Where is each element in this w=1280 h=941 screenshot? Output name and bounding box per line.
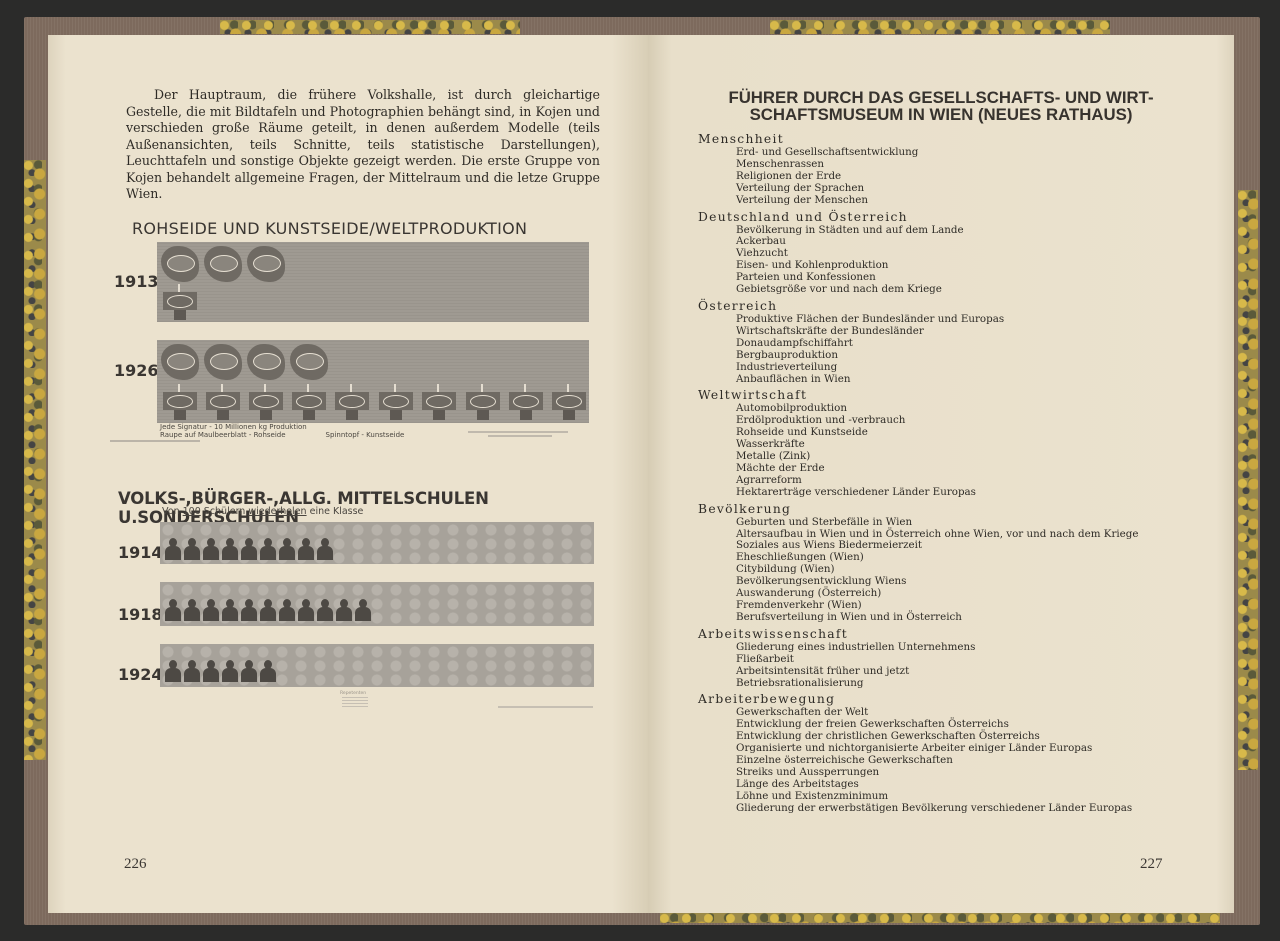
marbled-endpaper-left bbox=[24, 160, 46, 760]
pupil-icon bbox=[336, 599, 352, 621]
pupil-icon bbox=[355, 599, 371, 621]
source-line bbox=[468, 431, 568, 433]
body-paragraph: Der Hauptraum, die frühere Volkshalle, i… bbox=[126, 87, 600, 203]
silk-worm-icon bbox=[290, 344, 328, 380]
marbled-endpaper-bottom bbox=[660, 913, 1220, 923]
section-item: Religionen der Erde bbox=[698, 171, 1218, 183]
pupil-icon bbox=[203, 538, 219, 560]
spinning-pot-icon bbox=[509, 384, 543, 420]
right-page: FÜHRER DURCH DAS GESELLSCHAFTS- UND WIRT… bbox=[648, 35, 1234, 913]
pupil-icon bbox=[222, 660, 238, 682]
section-item: Berufsverteilung in Wien und in Österrei… bbox=[698, 612, 1218, 624]
silk-legend: Jede Signatur - 10 Millionen kg Produkti… bbox=[160, 424, 404, 439]
section-item: Agrarreform bbox=[698, 475, 1218, 487]
pupil-icon bbox=[298, 599, 314, 621]
section-item: Arbeitsintensität früher und jetzt bbox=[698, 666, 1218, 678]
pupil-icon bbox=[165, 660, 181, 682]
section-item: Löhne und Existenzminimum bbox=[698, 791, 1218, 803]
section-item: Donaudampfschiffahrt bbox=[698, 338, 1218, 350]
section-item: Geburten und Sterbefälle in Wien bbox=[698, 517, 1218, 529]
pupil-icon bbox=[241, 599, 257, 621]
credit-line bbox=[110, 440, 200, 442]
section-item: Bergbauproduktion bbox=[698, 350, 1218, 362]
subtitle-verb: wiederholen bbox=[248, 506, 306, 517]
pupil-icon bbox=[203, 660, 219, 682]
spinning-pot-icon bbox=[422, 384, 456, 420]
guide-section: WeltwirtschaftAutomobilproduktionErdölpr… bbox=[698, 387, 1218, 498]
spinning-pot-icon bbox=[249, 384, 283, 420]
pupil-icon bbox=[241, 660, 257, 682]
silk-worm-icon bbox=[247, 344, 285, 380]
page-number-left: 226 bbox=[124, 856, 147, 873]
subtitle-number: 100 bbox=[183, 506, 201, 517]
pupil-icon bbox=[260, 538, 276, 560]
pupil-icon bbox=[184, 660, 200, 682]
section-item: Betriebsrationalisierung bbox=[698, 678, 1218, 690]
silk-worm-icon bbox=[161, 246, 199, 282]
left-page: Der Hauptraum, die frühere Volkshalle, i… bbox=[48, 35, 648, 913]
guide-section: MenschheitErd- und Gesellschaftsentwickl… bbox=[698, 131, 1218, 207]
year-label-1926: 1926 bbox=[114, 361, 159, 380]
museum-guide-list: MenschheitErd- und Gesellschaftsentwickl… bbox=[698, 129, 1218, 815]
guide-title-line1: FÜHRER DURCH DAS GESELLSCHAFTS- UND WIRT… bbox=[710, 89, 1172, 106]
pupil-icon bbox=[298, 538, 314, 560]
silk-legend-row: Raupe auf Maulbeerblatt - RohseideSpinnt… bbox=[160, 432, 404, 440]
pupil-icon bbox=[222, 599, 238, 621]
spinning-pot-icon bbox=[552, 384, 586, 420]
subtitle-part: Schülern bbox=[201, 506, 249, 517]
section-item: Länge des Arbeitstages bbox=[698, 779, 1218, 791]
marbled-endpaper-top-right bbox=[770, 20, 1110, 34]
page-number-right: 227 bbox=[1140, 856, 1163, 873]
guide-section: Deutschland und ÖsterreichBevölkerung in… bbox=[698, 209, 1218, 296]
silk-worm-icon bbox=[204, 246, 242, 282]
pupil-icon bbox=[203, 599, 219, 621]
school-band-1918 bbox=[160, 582, 594, 626]
spinning-pot-icon bbox=[335, 384, 369, 420]
pupil-icon bbox=[184, 538, 200, 560]
section-heading: Arbeiterbewegung bbox=[698, 691, 1218, 707]
school-footnote-values bbox=[342, 697, 368, 707]
spinning-pot-icon bbox=[466, 384, 500, 420]
pupil-icon bbox=[241, 538, 257, 560]
spinning-pot-icon bbox=[163, 284, 197, 320]
section-item: Anbauflächen in Wien bbox=[698, 374, 1218, 386]
section-heading: Österreich bbox=[698, 298, 1218, 314]
section-item: Verteilung der Sprachen bbox=[698, 183, 1218, 195]
pupil-icon bbox=[165, 538, 181, 560]
guide-title: FÜHRER DURCH DAS GESELLSCHAFTS- UND WIRT… bbox=[710, 89, 1172, 123]
guide-section: ArbeiterbewegungGewerkschaften der WeltE… bbox=[698, 691, 1218, 814]
school-chart-subtitle: Von 100 Schülern wiederholen eine Klasse bbox=[162, 506, 363, 517]
school-footnote: Repetenten bbox=[340, 691, 366, 696]
silk-band-1913 bbox=[157, 242, 589, 322]
section-heading: Bevölkerung bbox=[698, 501, 1218, 517]
pupil-icon bbox=[317, 538, 333, 560]
guide-section: BevölkerungGeburten und Sterbefälle in W… bbox=[698, 501, 1218, 624]
pupil-icon bbox=[165, 599, 181, 621]
spinning-pot-icon bbox=[163, 384, 197, 420]
pupil-icon bbox=[184, 599, 200, 621]
section-item: Gliederung der erwerbstätigen Bevölkerun… bbox=[698, 803, 1218, 815]
spinning-pot-icon bbox=[292, 384, 326, 420]
spinning-pot-icon bbox=[379, 384, 413, 420]
subtitle-part: eine Klasse bbox=[307, 506, 364, 517]
year-label-1924: 1924 bbox=[118, 665, 163, 684]
section-heading: Weltwirtschaft bbox=[698, 387, 1218, 403]
pupil-icon bbox=[317, 599, 333, 621]
section-item: Gliederung eines industriellen Unternehm… bbox=[698, 642, 1218, 654]
school-band-1914 bbox=[160, 522, 594, 564]
silk-worm-icon bbox=[247, 246, 285, 282]
section-item: Hektarerträge verschiedener Länder Europ… bbox=[698, 487, 1218, 499]
marbled-endpaper-top-left bbox=[220, 20, 520, 34]
legend-raw-silk: Raupe auf Maulbeerblatt - Rohseide bbox=[160, 431, 286, 439]
silk-worm-icon bbox=[204, 344, 242, 380]
year-label-1913: 1913 bbox=[114, 272, 159, 291]
section-item: Industrieverteilung bbox=[698, 362, 1218, 374]
year-label-1914: 1914 bbox=[118, 543, 163, 562]
source-line bbox=[488, 435, 552, 437]
school-band-1924 bbox=[160, 644, 594, 687]
guide-section: ArbeitswissenschaftGliederung eines indu… bbox=[698, 626, 1218, 690]
section-item: Gebietsgröße vor und nach dem Kriege bbox=[698, 284, 1218, 296]
section-item: Verteilung der Menschen bbox=[698, 195, 1218, 207]
legend-artificial-silk: Spinntopf - Kunstseide bbox=[326, 431, 405, 439]
credit-line bbox=[498, 706, 593, 708]
guide-title-line2: SCHAFTSMUSEUM IN WIEN (NEUES RATHAUS) bbox=[710, 106, 1172, 123]
guide-section: ÖsterreichProduktive Flächen der Bundesl… bbox=[698, 298, 1218, 385]
section-heading: Arbeitswissenschaft bbox=[698, 626, 1218, 642]
year-label-1918: 1918 bbox=[118, 605, 163, 624]
pupil-icon bbox=[279, 538, 295, 560]
section-heading: Menschheit bbox=[698, 131, 1218, 147]
silk-chart-title: ROHSEIDE UND KUNSTSEIDE/WELTPRODUKTION bbox=[132, 219, 527, 238]
spinning-pot-icon bbox=[206, 384, 240, 420]
section-item: Fließarbeit bbox=[698, 654, 1218, 666]
silk-worm-icon bbox=[161, 344, 199, 380]
pupil-icon bbox=[222, 538, 238, 560]
subtitle-part: Von bbox=[162, 506, 183, 517]
pupil-icon bbox=[260, 660, 276, 682]
silk-band-1926 bbox=[157, 340, 589, 423]
section-heading: Deutschland und Österreich bbox=[698, 209, 1218, 225]
pupil-icon bbox=[279, 599, 295, 621]
section-item: Wirtschaftskräfte der Bundesländer bbox=[698, 326, 1218, 338]
marbled-endpaper-right bbox=[1238, 190, 1258, 770]
pupil-icon bbox=[260, 599, 276, 621]
